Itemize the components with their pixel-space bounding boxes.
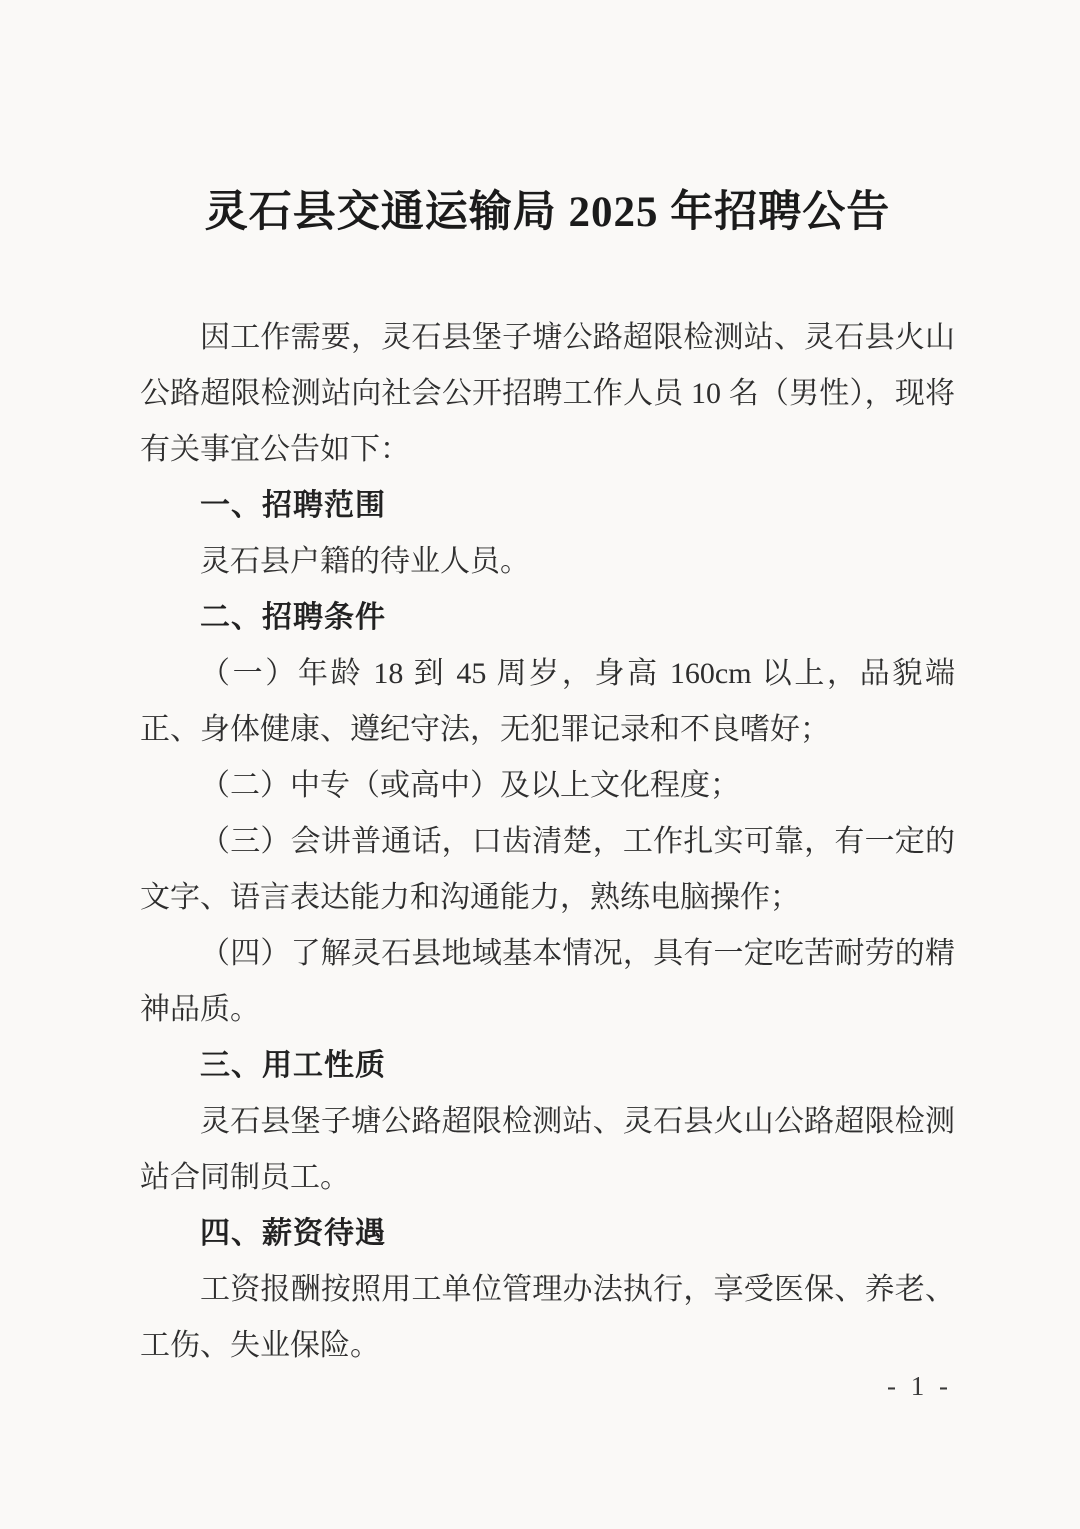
section-heading-recruitment-conditions: 二、招聘条件 (140, 590, 955, 646)
section-heading-salary: 四、薪资待遇 (140, 1206, 955, 1262)
scanned-document-page: 灵石县交通运输局 2025 年招聘公告 因工作需要，灵石县堡子塘公路超限检测站、… (0, 0, 1080, 1529)
paragraph-employment-nature: 灵石县堡子塘公路超限检测站、灵石县火山公路超限检测站合同制员工。 (140, 1094, 955, 1206)
paragraph-condition-1: （一）年龄 18 到 45 周岁，身高 160cm 以上，品貌端正、身体健康、遵… (140, 646, 955, 758)
page-number: - 1 - (887, 1370, 952, 1402)
intro-paragraph: 因工作需要，灵石县堡子塘公路超限检测站、灵石县火山公路超限检测站向社会公开招聘工… (140, 310, 955, 478)
paragraph-salary: 工资报酬按照用工单位管理办法执行，享受医保、养老、工伤、失业保险。 (140, 1262, 955, 1374)
section-heading-employment-nature: 三、用工性质 (140, 1038, 955, 1094)
document-title: 灵石县交通运输局 2025 年招聘公告 (140, 188, 955, 238)
paragraph-condition-3: （三）会讲普通话，口齿清楚，工作扎实可靠，有一定的文字、语言表达能力和沟通能力，… (140, 814, 955, 926)
section-heading-recruitment-scope: 一、招聘范围 (140, 478, 955, 534)
paragraph-condition-4: （四）了解灵石县地域基本情况，具有一定吃苦耐劳的精神品质。 (140, 926, 955, 1038)
paragraph-recruitment-scope: 灵石县户籍的待业人员。 (140, 534, 955, 590)
paragraph-condition-2: （二）中专（或高中）及以上文化程度； (140, 758, 955, 814)
